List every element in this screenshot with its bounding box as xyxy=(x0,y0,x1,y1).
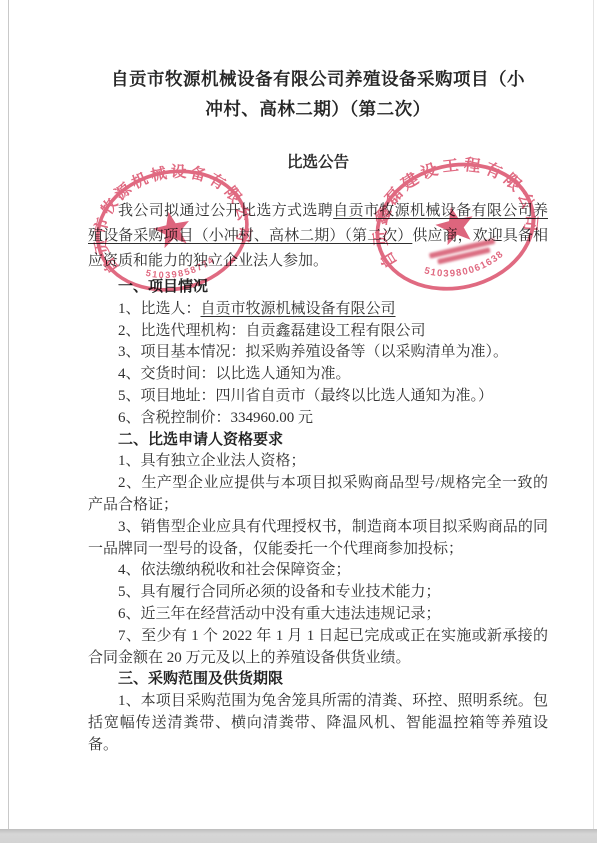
list-item: 1、具有独立企业法人资格； xyxy=(88,451,548,473)
list-item: 1、本项目采购范围为兔舍笼具所需的清粪、环控、照明系统。包括宽幅传送清粪带、横向… xyxy=(88,691,548,756)
document-title-line2: 冲村、高林二期）（第二次） xyxy=(88,94,548,124)
intro-pre: 我公司拟通过公开比选方式选聘 xyxy=(118,203,333,219)
document-title-line1: 自贡市牧源机械设备有限公司养殖设备采购项目（小 xyxy=(88,64,548,94)
document-subtitle: 比选公告 xyxy=(88,150,548,172)
list-item: 7、至少有 1 个 2022 年 1 月 1 日起已完成或正在实施或新承接的合同… xyxy=(88,626,548,670)
section-heading-1: 一、项目情况 xyxy=(88,277,548,299)
list-item: 4、交货时间：以比选人通知为准。 xyxy=(88,364,548,386)
list-item: 6、近三年在经营活动中没有重大违法违规记录； xyxy=(88,604,548,626)
document-title: 自贡市牧源机械设备有限公司养殖设备采购项目（小 冲村、高林二期）（第二次） xyxy=(88,64,548,124)
section-heading-2: 二、比选申请人资格要求 xyxy=(88,430,548,452)
document-body: 一、项目情况 1、比选人：自贡市牧源机械设备有限公司 2、比选代理机构：自贡鑫磊… xyxy=(88,277,548,757)
section-heading-3: 三、采购范围及供货期限 xyxy=(88,669,548,691)
list-item: 1、比选人：自贡市牧源机械设备有限公司 xyxy=(88,299,548,321)
list-item: 2、生产型企业应提供与本项目拟采购商品型号/规格完全一致的产品合格证； xyxy=(88,473,548,517)
list-item: 2、比选代理机构：自贡鑫磊建设工程有限公司 xyxy=(88,321,548,343)
page-edge-left xyxy=(8,0,9,830)
list-item: 3、销售型企业应具有代理授权书，制造商本项目拟采购商品的同一品牌同一型号的设备，… xyxy=(88,517,548,561)
document-content: 自贡市牧源机械设备有限公司养殖设备采购项目（小 冲村、高林二期）（第二次） 比选… xyxy=(88,64,548,757)
list-item: 5、项目地址：四川省自贡市（最终以比选人通知为准。） xyxy=(88,386,548,408)
page-edge-bottom-shadow xyxy=(0,829,597,843)
intro-paragraph: 我公司拟通过公开比选方式选聘自贡市牧源机械设备有限公司养殖设备采购项目（小冲村、… xyxy=(88,199,548,274)
list-item: 4、依法缴纳税收和社会保障资金； xyxy=(88,560,548,582)
page-edge-right xyxy=(593,0,594,830)
list-item: 3、项目基本情况：拟采购养殖设备等（以采购清单为准）。 xyxy=(88,342,548,364)
list-item: 5、具有履行合同所必须的设备和专业技术能力； xyxy=(88,582,548,604)
list-item: 6、含税控制价：334960.00 元 xyxy=(88,408,548,430)
scanned-document-page: 自贡市牧源机械设备有限公司养殖设备采购项目（小 冲村、高林二期）（第二次） 比选… xyxy=(0,0,597,843)
